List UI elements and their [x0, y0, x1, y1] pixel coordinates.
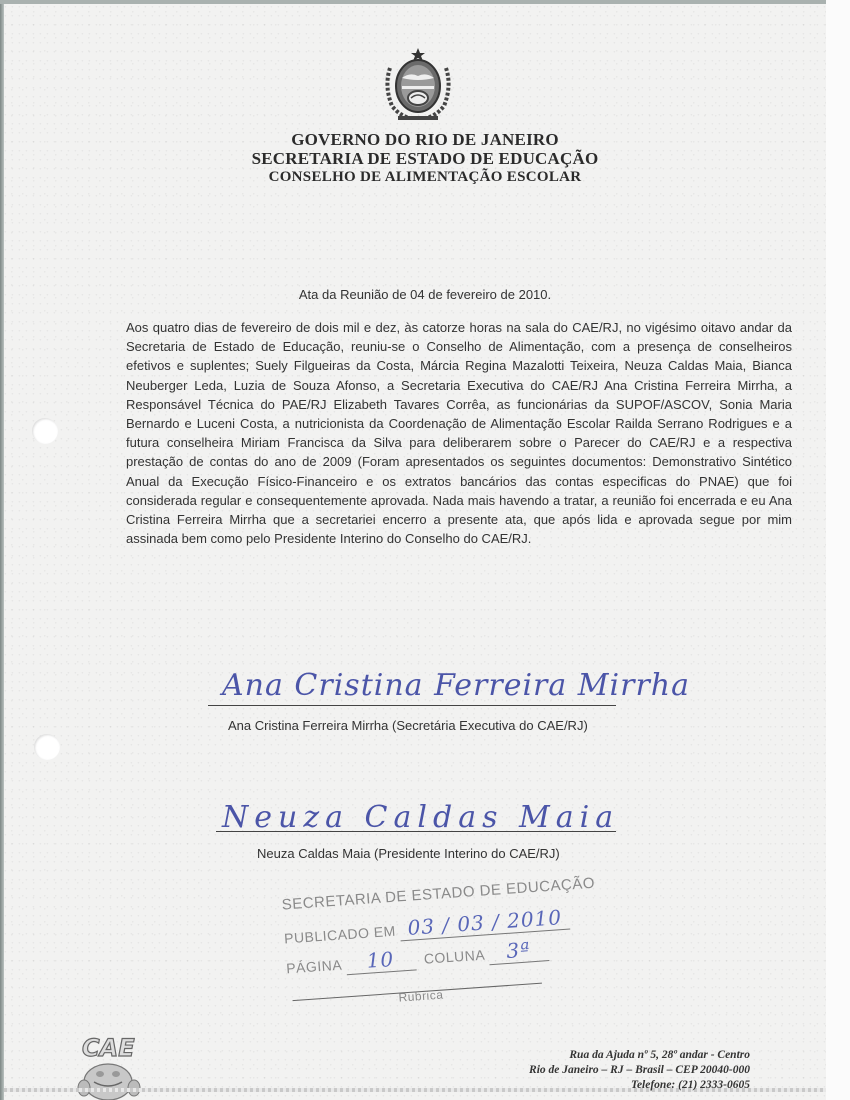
punch-hole-bottom [34, 734, 60, 760]
letterhead: GOVERNO DO RIO DE JANEIRO SECRETARIA DE … [0, 130, 850, 187]
footer-phone: Telefone: (21) 2333-0605 [529, 1078, 750, 1093]
footer-address: Rua da Ajuda nº 5, 28º andar - Centro Ri… [529, 1048, 750, 1093]
signature-caption-president: Neuza Caldas Maia (Presidente Interino d… [257, 846, 560, 861]
minutes-body: Aos quatro dias de fevereiro de dois mil… [126, 318, 792, 548]
publication-stamp: SECRETARIA DE ESTADO DE EDUCAÇÃO PUBLICA… [281, 870, 589, 1021]
document-title: Ata da Reunião de 04 de fevereiro de 201… [0, 287, 850, 302]
stamp-column-label: COLUNA [423, 947, 485, 967]
stamp-page-value: 10 [345, 945, 417, 975]
footer-city: Rio de Janeiro – RJ – Brasil – CEP 20040… [529, 1063, 750, 1078]
footer-street: Rua da Ajuda nº 5, 28º andar - Centro [529, 1048, 750, 1063]
scan-edge-top [0, 0, 826, 4]
letterhead-council: CONSELHO DE ALIMENTAÇÃO ESCOLAR [0, 168, 850, 187]
stamp-rubric-label: Rubrica [398, 988, 444, 1005]
letterhead-secretariat: SECRETARIA DE ESTADO DE EDUCAÇÃO [0, 149, 850, 168]
letterhead-government: GOVERNO DO RIO DE JANEIRO [0, 130, 850, 149]
svg-text:CAE: CAE [82, 1034, 135, 1062]
signature-line-president [216, 831, 616, 832]
punch-hole-top [32, 418, 58, 444]
coat-of-arms-icon [380, 46, 456, 124]
stamp-column-value: 3ª [488, 936, 550, 965]
handwritten-signature-president: Neuza Caldas Maia [222, 800, 619, 835]
signature-caption-secretary: Ana Cristina Ferreira Mirrha (Secretária… [228, 718, 588, 733]
stamp-page-label: PÁGINA [286, 957, 342, 977]
signature-line-secretary [208, 705, 616, 706]
stamp-published-label: PUBLICADO EM [284, 923, 397, 947]
handwritten-signature-secretary: Ana Cristina Ferreira Mirrha [222, 668, 690, 703]
